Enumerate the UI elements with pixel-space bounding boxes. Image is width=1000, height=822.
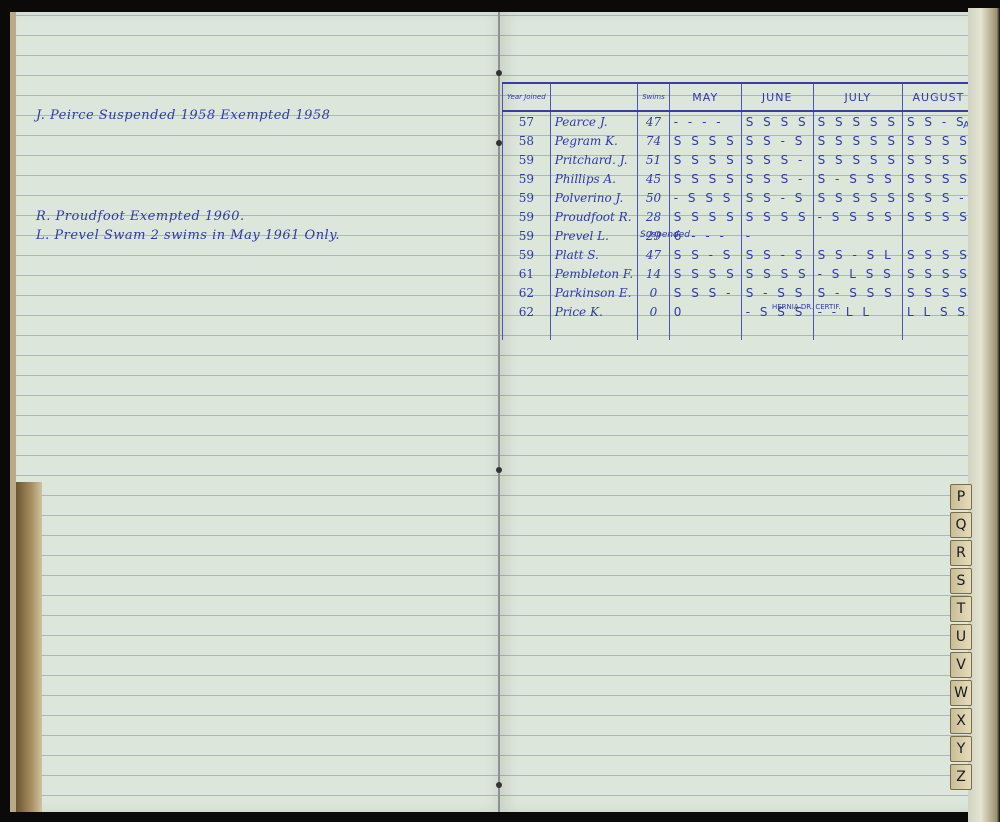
index-tab-q[interactable]: Q (950, 512, 972, 538)
cell-swims: 47 (638, 245, 670, 264)
cell-june: S S S - (741, 169, 813, 188)
header-june: JUNE (741, 83, 813, 111)
cell-name: Phillips A. (550, 169, 638, 188)
header-year-joined: Year Joined (503, 83, 551, 111)
cell-name: Pembleton F. (550, 264, 638, 283)
index-tab-x[interactable]: X (950, 708, 972, 734)
cell-june: S S - S (741, 188, 813, 207)
cell-year: 59 (503, 226, 551, 245)
cell-june: S S S S (741, 111, 813, 131)
index-tab-z[interactable]: Z (950, 764, 972, 790)
table-row: 57Pearce J.47- - - -S S S SS S S S SS S … (503, 111, 1000, 131)
cell-august: S S S S (902, 283, 974, 302)
cell-june: S S S - (741, 150, 813, 169)
cell-june: S - S S (741, 283, 813, 302)
empty-cell (741, 321, 813, 340)
cell-swims: 74 (638, 131, 670, 150)
cell-august: S S S S (902, 150, 974, 169)
header-name (550, 83, 638, 111)
cell-august: S S S S (902, 207, 974, 226)
cell-year: 61 (503, 264, 551, 283)
cell-august: S S S S (902, 245, 974, 264)
cell-name: Polverino J. (550, 188, 638, 207)
empty-cell (550, 321, 638, 340)
cell-june: S S S S (741, 207, 813, 226)
cell-year: 59 (503, 150, 551, 169)
annotation-suspended: Suspended (640, 230, 690, 240)
cell-july: S S S S S (813, 131, 902, 150)
table-row: 62Price K.00- S S S- - L LL L S SS - S - (503, 302, 1000, 321)
cell-may: - - - - (669, 111, 741, 131)
cell-may: S S S S (669, 207, 741, 226)
cell-name: Prevel L. (550, 226, 638, 245)
left-page: J. Peirce Suspended 1958 Exempted 1958 R… (10, 12, 504, 812)
cell-swims: 0 (638, 302, 670, 321)
empty-cell (638, 321, 670, 340)
cell-august: S S S S (902, 131, 974, 150)
cell-july: S S S S S (813, 150, 902, 169)
empty-cell (813, 321, 902, 340)
header-may: MAY (669, 83, 741, 111)
empty-cell (902, 321, 974, 340)
empty-cell (503, 321, 551, 340)
cell-june: - (741, 226, 813, 245)
cell-may: S S S - (669, 283, 741, 302)
cell-july: S - S S S (813, 283, 902, 302)
cell-year: 59 (503, 169, 551, 188)
cell-swims: 50 (638, 188, 670, 207)
cell-july: S S S S S (813, 111, 902, 131)
cell-july (813, 226, 902, 245)
cell-year: 62 (503, 302, 551, 321)
alphabet-index-tabs: PQRSTUVWXYZ (950, 484, 972, 792)
cell-swims: 47 (638, 111, 670, 131)
header-august: AUGUST (902, 83, 974, 111)
cell-name: Pearce J. (550, 111, 638, 131)
index-tab-y[interactable]: Y (950, 736, 972, 762)
cell-august: S S S S (902, 264, 974, 283)
cell-name: Proudfoot R. (550, 207, 638, 226)
cell-year: 62 (503, 283, 551, 302)
right-page: Year Joined Swims MAY JUNE JULY AUGUST S… (498, 12, 970, 812)
cell-year: 58 (503, 131, 551, 150)
header-swims: Swims (638, 83, 670, 111)
cell-august: S S S - (902, 188, 974, 207)
cell-swims: 51 (638, 150, 670, 169)
cell-swims: 45 (638, 169, 670, 188)
cell-year: 59 (503, 207, 551, 226)
cell-july: - S S S S (813, 207, 902, 226)
table-row: 59Platt S.47S S - SS S - SS S - S LS S S… (503, 245, 1000, 264)
cell-name: Price K. (550, 302, 638, 321)
swim-ledger-table: Year Joined Swims MAY JUNE JULY AUGUST S… (502, 82, 1000, 340)
index-tab-u[interactable]: U (950, 624, 972, 650)
empty-row (503, 321, 1000, 340)
note-proudfoot: R. Proudfoot Exempted 1960. (36, 209, 245, 224)
table-row: 59Proudfoot R.28S S S SS S S S- S S S SS… (503, 207, 1000, 226)
cell-year: 59 (503, 188, 551, 207)
cell-name: Pritchard. J. (550, 150, 638, 169)
index-tab-w[interactable]: W (950, 680, 972, 706)
table-row: 59Polverino J.50- S S SS S - SS S S S SS… (503, 188, 1000, 207)
table-row: 59Prevel L.296 - - -- (503, 226, 1000, 245)
page-edge (968, 8, 1000, 822)
empty-cell (669, 321, 741, 340)
cell-swims: 0 (638, 283, 670, 302)
table-row: 58Pegram K.74S S S SS S - SS S S S SS S … (503, 131, 1000, 150)
table-row: 62Parkinson E.0S S S -S - S SS - S S SS … (503, 283, 1000, 302)
cell-year: 59 (503, 245, 551, 264)
index-tab-t[interactable]: T (950, 596, 972, 622)
table-row: 59Phillips A.45S S S SS S S -S - S S SS … (503, 169, 1000, 188)
cell-swims: 28 (638, 207, 670, 226)
index-tab-v[interactable]: V (950, 652, 972, 678)
table-row: 61Pembleton F.14S S S SS S S S- S L S SS… (503, 264, 1000, 283)
cell-may: S S S S (669, 131, 741, 150)
annotation-hernia: HERNIA DR. CERTIF. (772, 303, 840, 311)
table-row: 59Pritchard. J.51S S S SS S S -S S S S S… (503, 150, 1000, 169)
cell-may: S S - S (669, 245, 741, 264)
cell-may: S S S S (669, 169, 741, 188)
cell-may: S S S S (669, 264, 741, 283)
cell-name: Platt S. (550, 245, 638, 264)
header-row: Year Joined Swims MAY JUNE JULY AUGUST S… (503, 83, 1000, 111)
cell-july: S - S S S (813, 169, 902, 188)
header-july: JULY (813, 83, 902, 111)
cell-july: S S - S L (813, 245, 902, 264)
index-tab-p[interactable]: P (950, 484, 972, 510)
cell-august: L L S S (902, 302, 974, 321)
binding-hole (496, 467, 502, 473)
cell-name: Pegram K. (550, 131, 638, 150)
cell-june: S S S S (741, 264, 813, 283)
page-stain (16, 482, 42, 812)
cell-july: S S S S S (813, 188, 902, 207)
cell-july: - S L S S (813, 264, 902, 283)
cell-may: S S S S (669, 150, 741, 169)
binding-hole (496, 782, 502, 788)
cell-may: 0 (669, 302, 741, 321)
cell-may: - S S S (669, 188, 741, 207)
cell-name: Parkinson E. (550, 283, 638, 302)
cell-swims: 14 (638, 264, 670, 283)
binding-hole (496, 70, 502, 76)
note-prevel: L. Prevel Swam 2 swims in May 1961 Only. (36, 228, 340, 243)
cell-june: S S - S (741, 245, 813, 264)
cell-june: S S - S (741, 131, 813, 150)
cell-august: S S S S (902, 169, 974, 188)
note-peirce: J. Peirce Suspended 1958 Exempted 1958 (36, 108, 330, 123)
cell-year: 57 (503, 111, 551, 131)
index-tab-s[interactable]: S (950, 568, 972, 594)
cell-august (902, 226, 974, 245)
index-tab-r[interactable]: R (950, 540, 972, 566)
